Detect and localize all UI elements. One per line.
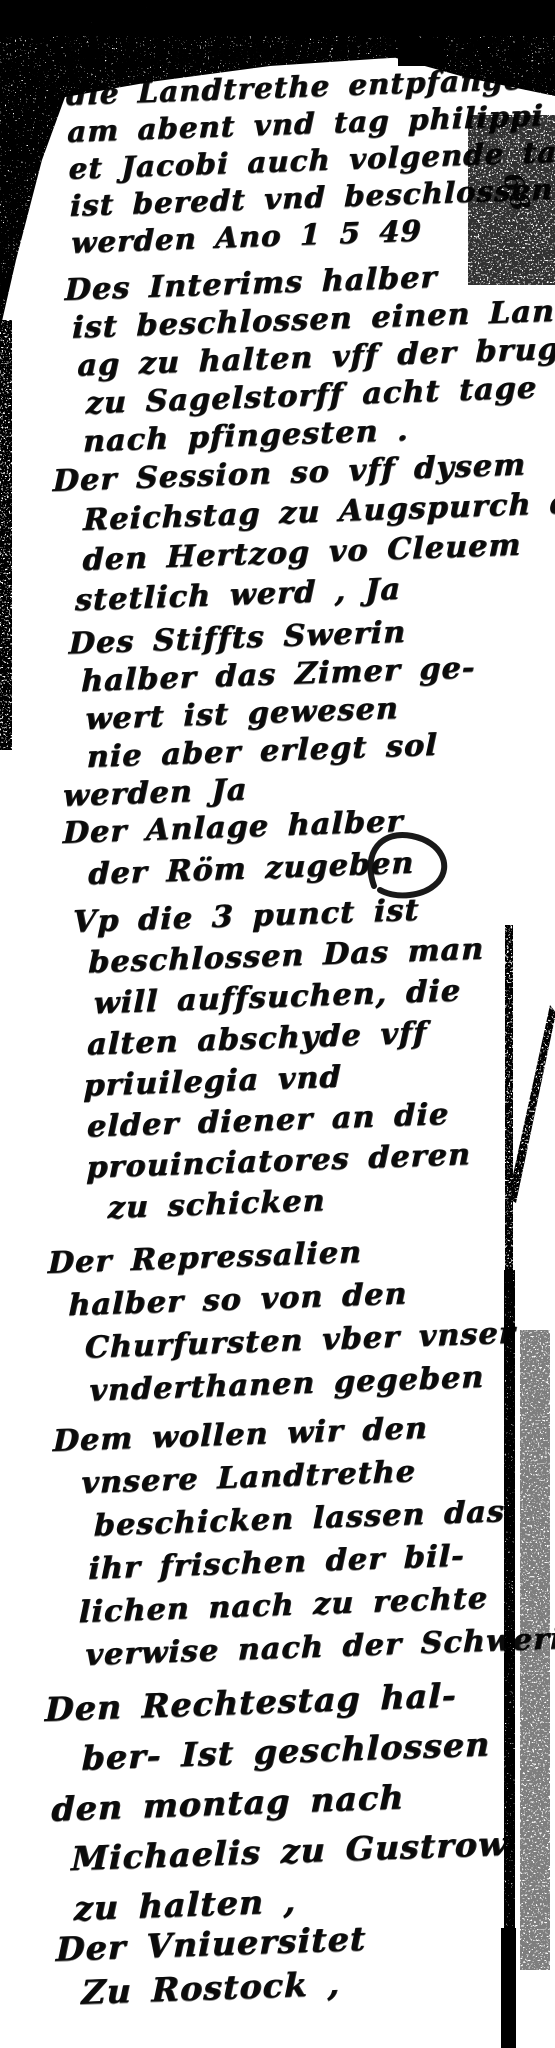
- noise-top-ribbon: [0, 0, 555, 16]
- paragraph-preamble: Was zu Schwerin durch die Landtrethe ent…: [64, 22, 555, 262]
- noise-fold-streak-bottom: [501, 1928, 516, 2048]
- paragraph-anlage: Der Anlage halber der Röm zugeben: [62, 801, 415, 897]
- noise-left-wedge: [0, 78, 72, 330]
- paragraph-universitet: Der Vniuersitet Zu Rostock ,: [50, 1917, 368, 2016]
- manuscript-line: Zu Rostock ,: [81, 1961, 368, 2015]
- paragraph-rechtstag: Den Rechtestag hal- ber- Ist geschlossen…: [44, 1669, 510, 1935]
- paragraph-stift-schwerin: Des Stiffts Swerin halber das Zimer ge- …: [57, 611, 480, 815]
- paragraph-interim: Des Interims halber ist beschlossen eine…: [64, 253, 555, 462]
- paragraph-repressalien: Der Repressalien halber so von den Churf…: [47, 1226, 518, 1414]
- paragraph-landtrethe: Dem wollen wir den vnsere Landtrethe bes…: [52, 1402, 555, 1678]
- noise-left-edge: [0, 320, 12, 750]
- noise-fold-diagonal: [508, 1005, 555, 1203]
- paragraph-drei-punkte: Vp die 3 punct ist beschlossen Das man w…: [72, 888, 493, 1230]
- paragraph-session: Der Session so vff dysem Reichstag zu Au…: [52, 442, 555, 622]
- manuscript-scan-page: maij 1549 Was zu Schwerin durch die Land…: [0, 0, 555, 2048]
